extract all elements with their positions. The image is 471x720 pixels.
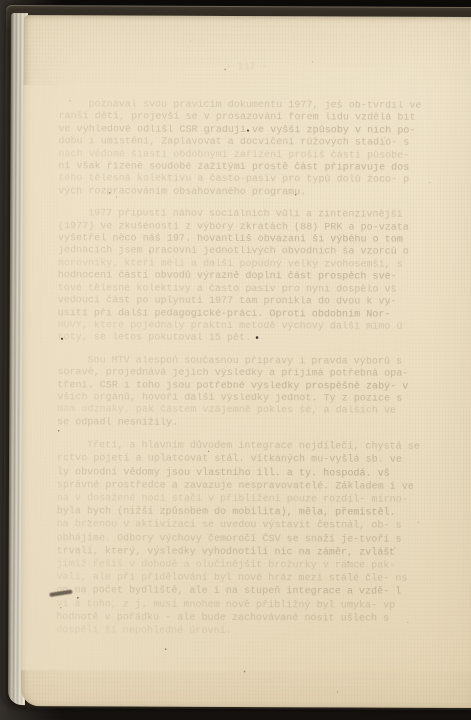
- page-number: - 117 -: [59, 61, 435, 74]
- paper-specks: [24, 15, 25, 16]
- text-line: roty, se letos pokutoval 15 pět.: [58, 333, 436, 347]
- text-block: poznával svou pravicím dokumentu 1977, j…: [56, 99, 436, 649]
- text-line: vých rozpracováním obsahovaného programu…: [58, 186, 436, 200]
- text-paragraph: Sou MTV alespoň současnou připravy i pra…: [57, 355, 435, 431]
- book-cover: - 117 - poznával svou pravicím dokumentu…: [3, 5, 471, 710]
- book-page: - 117 - poznával svou pravicím dokumentu…: [21, 15, 471, 708]
- photo-background: { "document": { "kind": "scanned book pa…: [0, 0, 471, 720]
- text-paragraph: 1977 připustí náhov sociálních vůlí a zi…: [58, 208, 437, 346]
- text-paragraph: poznával svou pravicím dokumentu 1977, j…: [58, 99, 436, 200]
- text-paragraph: Třetí, a hlavním důvodem integrace nejdí…: [56, 439, 435, 639]
- text-line: dospělí ší nepohledné úrovní.: [56, 624, 434, 639]
- text-line: se odpadl nesnížily.: [57, 417, 435, 431]
